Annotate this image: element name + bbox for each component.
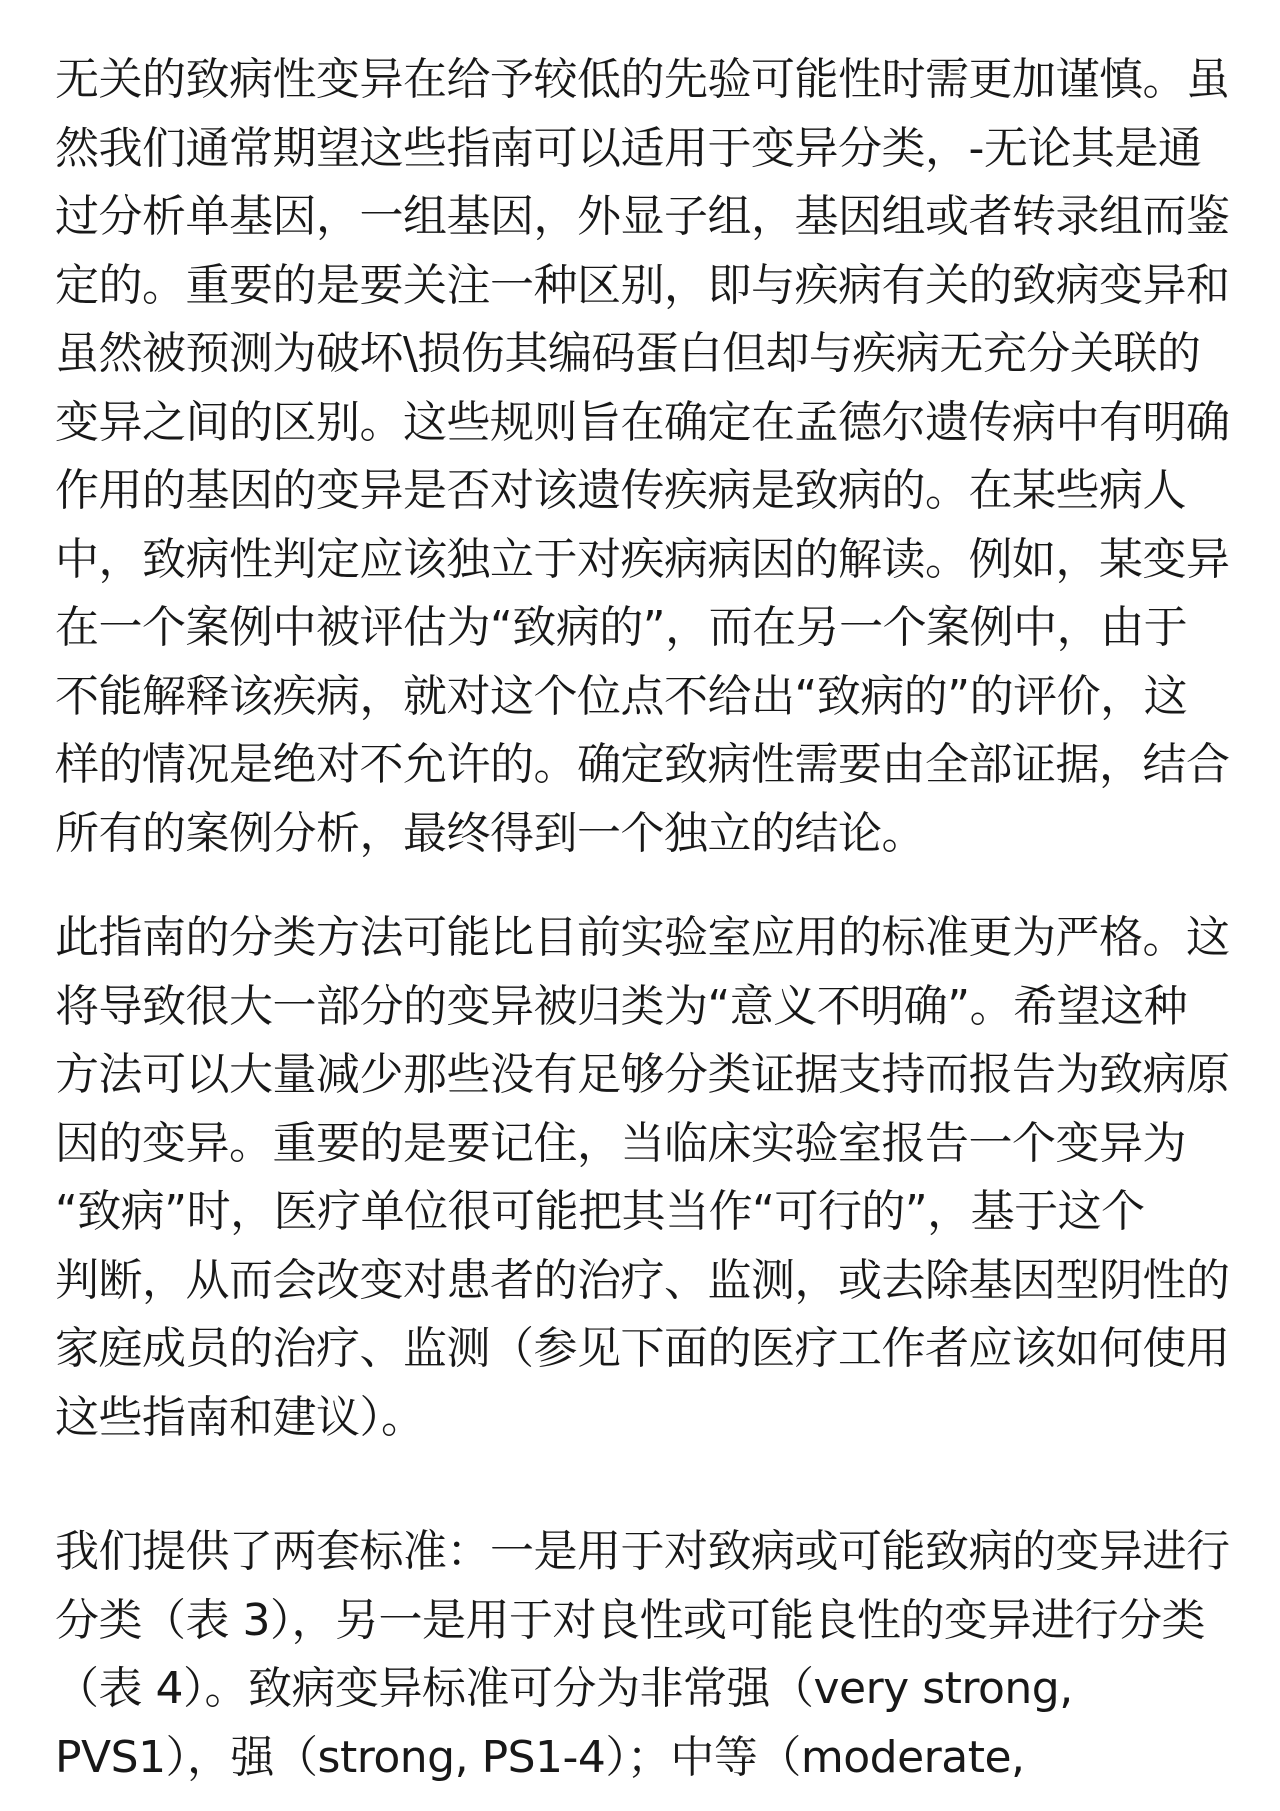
paragraph-3: 我们提供了两套标准：一是用于对致病或可能致病的变异进行分类（表 3），另一是用于… (55, 1518, 1238, 1792)
paragraph-2: 此指南的分类方法可能比目前实验室应用的标准更为严格。这将导致很大一部分的变异被归… (55, 904, 1238, 1452)
paragraph-1: 无关的致病性变异在给予较低的先验可能性时需更加谨慎。虽然我们通常期望这些指南可以… (55, 46, 1238, 868)
document-page: 无关的致病性变异在给予较低的先验可能性时需更加谨慎。虽然我们通常期望这些指南可以… (0, 0, 1280, 1811)
